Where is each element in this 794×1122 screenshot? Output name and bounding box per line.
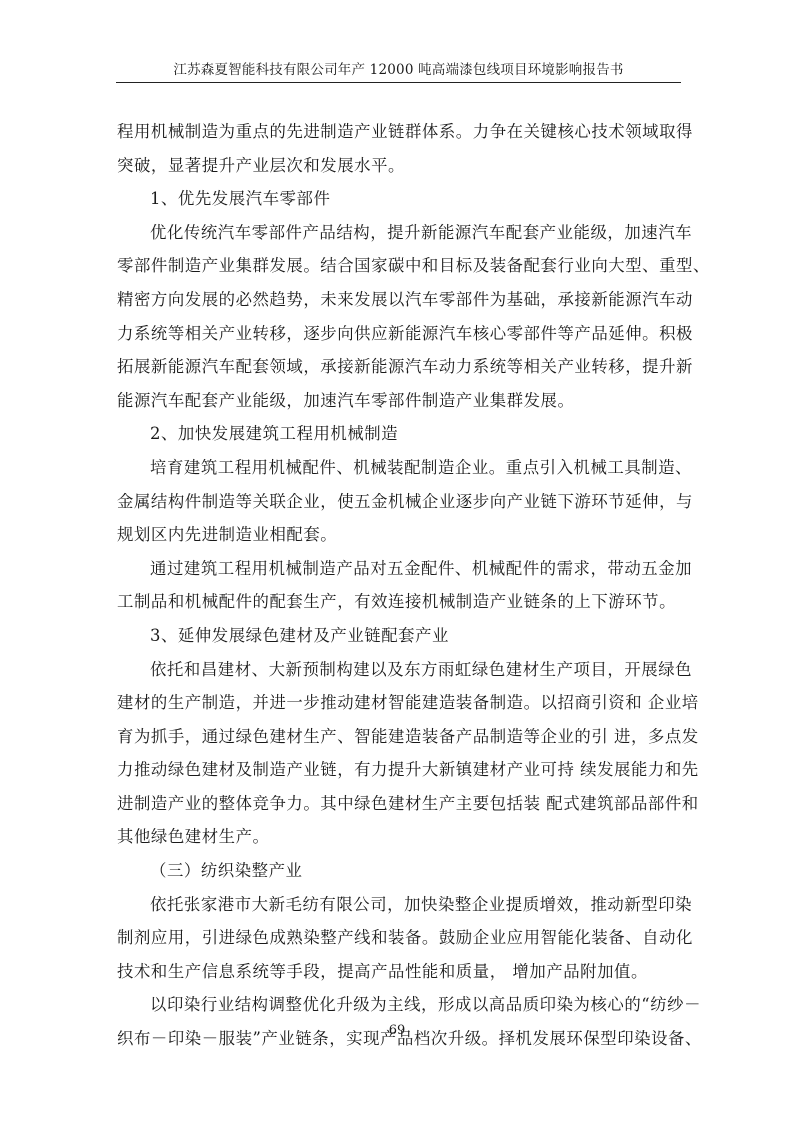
- paragraph-line: 精密方向发展的必然趋势，未来发展以汽车零部件为基础，承接新能源汽车动: [117, 283, 681, 317]
- paragraph-line: 力推动绿色建材及制造产业链，有力提升大新镇建材产业可持 续发展能力和先: [117, 753, 681, 787]
- header-divider: [116, 82, 681, 83]
- paragraph-line: 通过建筑工程用机械制造产品对五金配件、机械配件的需求，带动五金加: [117, 552, 681, 586]
- paragraph-line: 依托张家港市大新毛纺有限公司，加快染整企业提质增效，推动新型印染: [117, 888, 681, 922]
- document-body: 程用机械制造为重点的先进制造产业链群体系。力争在关键核心技术领域取得 突破，显著…: [117, 115, 681, 1056]
- section-heading: 1、优先发展汽车零部件: [117, 182, 681, 216]
- paragraph-line: 规划区内先进制造业相配套。: [117, 518, 681, 552]
- paragraph-line: 拓展新能源汽车配套领域，承接新能源汽车动力系统等相关产业转移，提升新: [117, 350, 681, 384]
- paragraph-line: 制剂应用，引进绿色成熟染整产线和装备。鼓励企业应用智能化装备、自动化: [117, 921, 681, 955]
- paragraph-line: 技术和生产信息系统等手段，提高产品性能和质量， 增加产品附加值。: [117, 955, 681, 989]
- paragraph-line: 突破，显著提升产业层次和发展水平。: [117, 149, 681, 183]
- running-header: 江苏森夏智能科技有限公司年产 12000 吨高端漆包线项目环境影响报告书: [116, 60, 681, 80]
- paragraph-line: 程用机械制造为重点的先进制造产业链群体系。力争在关键核心技术领域取得: [117, 115, 681, 149]
- section-heading: 3、延伸发展绿色建材及产业链配套产业: [117, 619, 681, 653]
- paragraph-line: 依托和昌建材、大新预制构建以及东方雨虹绿色建材生产项目，开展绿色: [117, 653, 681, 687]
- paragraph-line: 进制造产业的整体竞争力。其中绿色建材生产主要包括装 配式建筑部品部件和: [117, 787, 681, 821]
- paragraph-line: 培育建筑工程用机械配件、机械装配制造企业。重点引入机械工具制造、: [117, 451, 681, 485]
- paragraph-line: 其他绿色建材生产。: [117, 820, 681, 854]
- paragraph-line: 能源汽车配套产业能级，加速汽车零部件制造产业集群发展。: [117, 384, 681, 418]
- paragraph-line: 育为抓手，通过绿色建材生产、智能建造装备产品制造等企业的引 进，多点发: [117, 720, 681, 754]
- paragraph-line: 优化传统汽车零部件产品结构，提升新能源汽车配套产业能级，加速汽车: [117, 216, 681, 250]
- paragraph-line: 工制品和机械配件的配套生产，有效连接机械制造产业链条的上下游环节。: [117, 585, 681, 619]
- section-heading: 2、加快发展建筑工程用机械制造: [117, 417, 681, 451]
- paragraph-line: 建材的生产制造，并进一步推动建材智能建造装备制造。以招商引资和 企业培: [117, 686, 681, 720]
- paragraph-line: 以印染行业结构调整优化升级为主线，形成以高品质印染为核心的“纺纱－: [117, 988, 681, 1022]
- section-heading: （三）纺织染整产业: [117, 854, 681, 888]
- paragraph-line: 力系统等相关产业转移，逐步向供应新能源汽车核心零部件等产品延伸。积极: [117, 317, 681, 351]
- paragraph-line: 零部件制造产业集群发展。结合国家碳中和目标及装备配套行业向大型、重型、: [117, 249, 681, 283]
- paragraph-line: 金属结构件制造等关联企业，使五金机械企业逐步向产业链下游环节延伸，与: [117, 485, 681, 519]
- page-number: 69: [0, 1023, 794, 1038]
